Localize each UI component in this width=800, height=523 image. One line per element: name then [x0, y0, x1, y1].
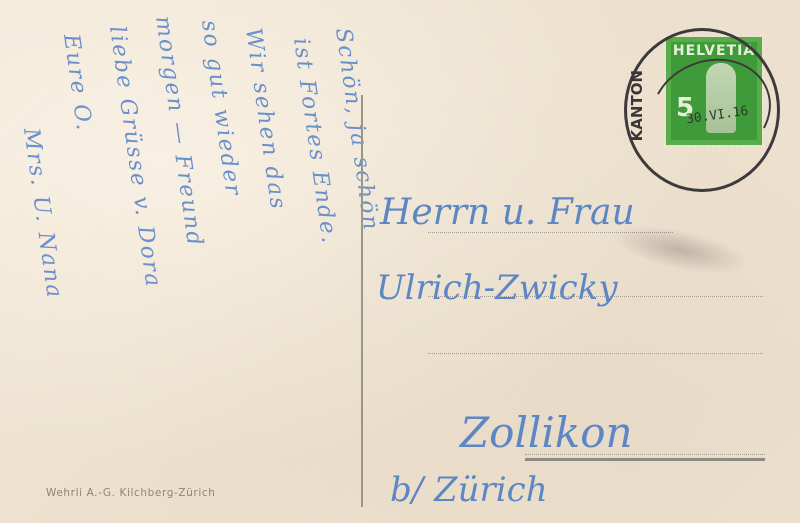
- address-town: Zollikon: [460, 408, 633, 457]
- address-recipient-name: Ulrich-Zwicky: [376, 268, 618, 308]
- address-underline: [525, 458, 765, 461]
- publisher-imprint: Wehrli A.-G. Kilchberg-Zürich: [46, 487, 215, 499]
- message-column: morgen — Freund: [150, 15, 207, 249]
- message-column: so gut wieder: [196, 19, 246, 199]
- message-column: Schön, ja schön: [330, 27, 383, 234]
- postmark-place: KANTON: [628, 70, 646, 141]
- message-column: Wir sehen das: [240, 27, 290, 213]
- ink-smudge: [607, 216, 752, 284]
- message-column: Mrs. U. Nana: [18, 127, 67, 301]
- message-column: Eure O.: [58, 33, 96, 134]
- address-recipient-title: Herrn u. Frau: [380, 192, 635, 233]
- center-divider: [361, 95, 363, 507]
- address-line-3: [428, 353, 763, 354]
- message-column: ist Fortes Ende.: [288, 37, 342, 247]
- address-region: b/ Zürich: [390, 470, 548, 510]
- postcard-back: Schön, ja schön ist Fortes Ende. Wir seh…: [0, 0, 800, 523]
